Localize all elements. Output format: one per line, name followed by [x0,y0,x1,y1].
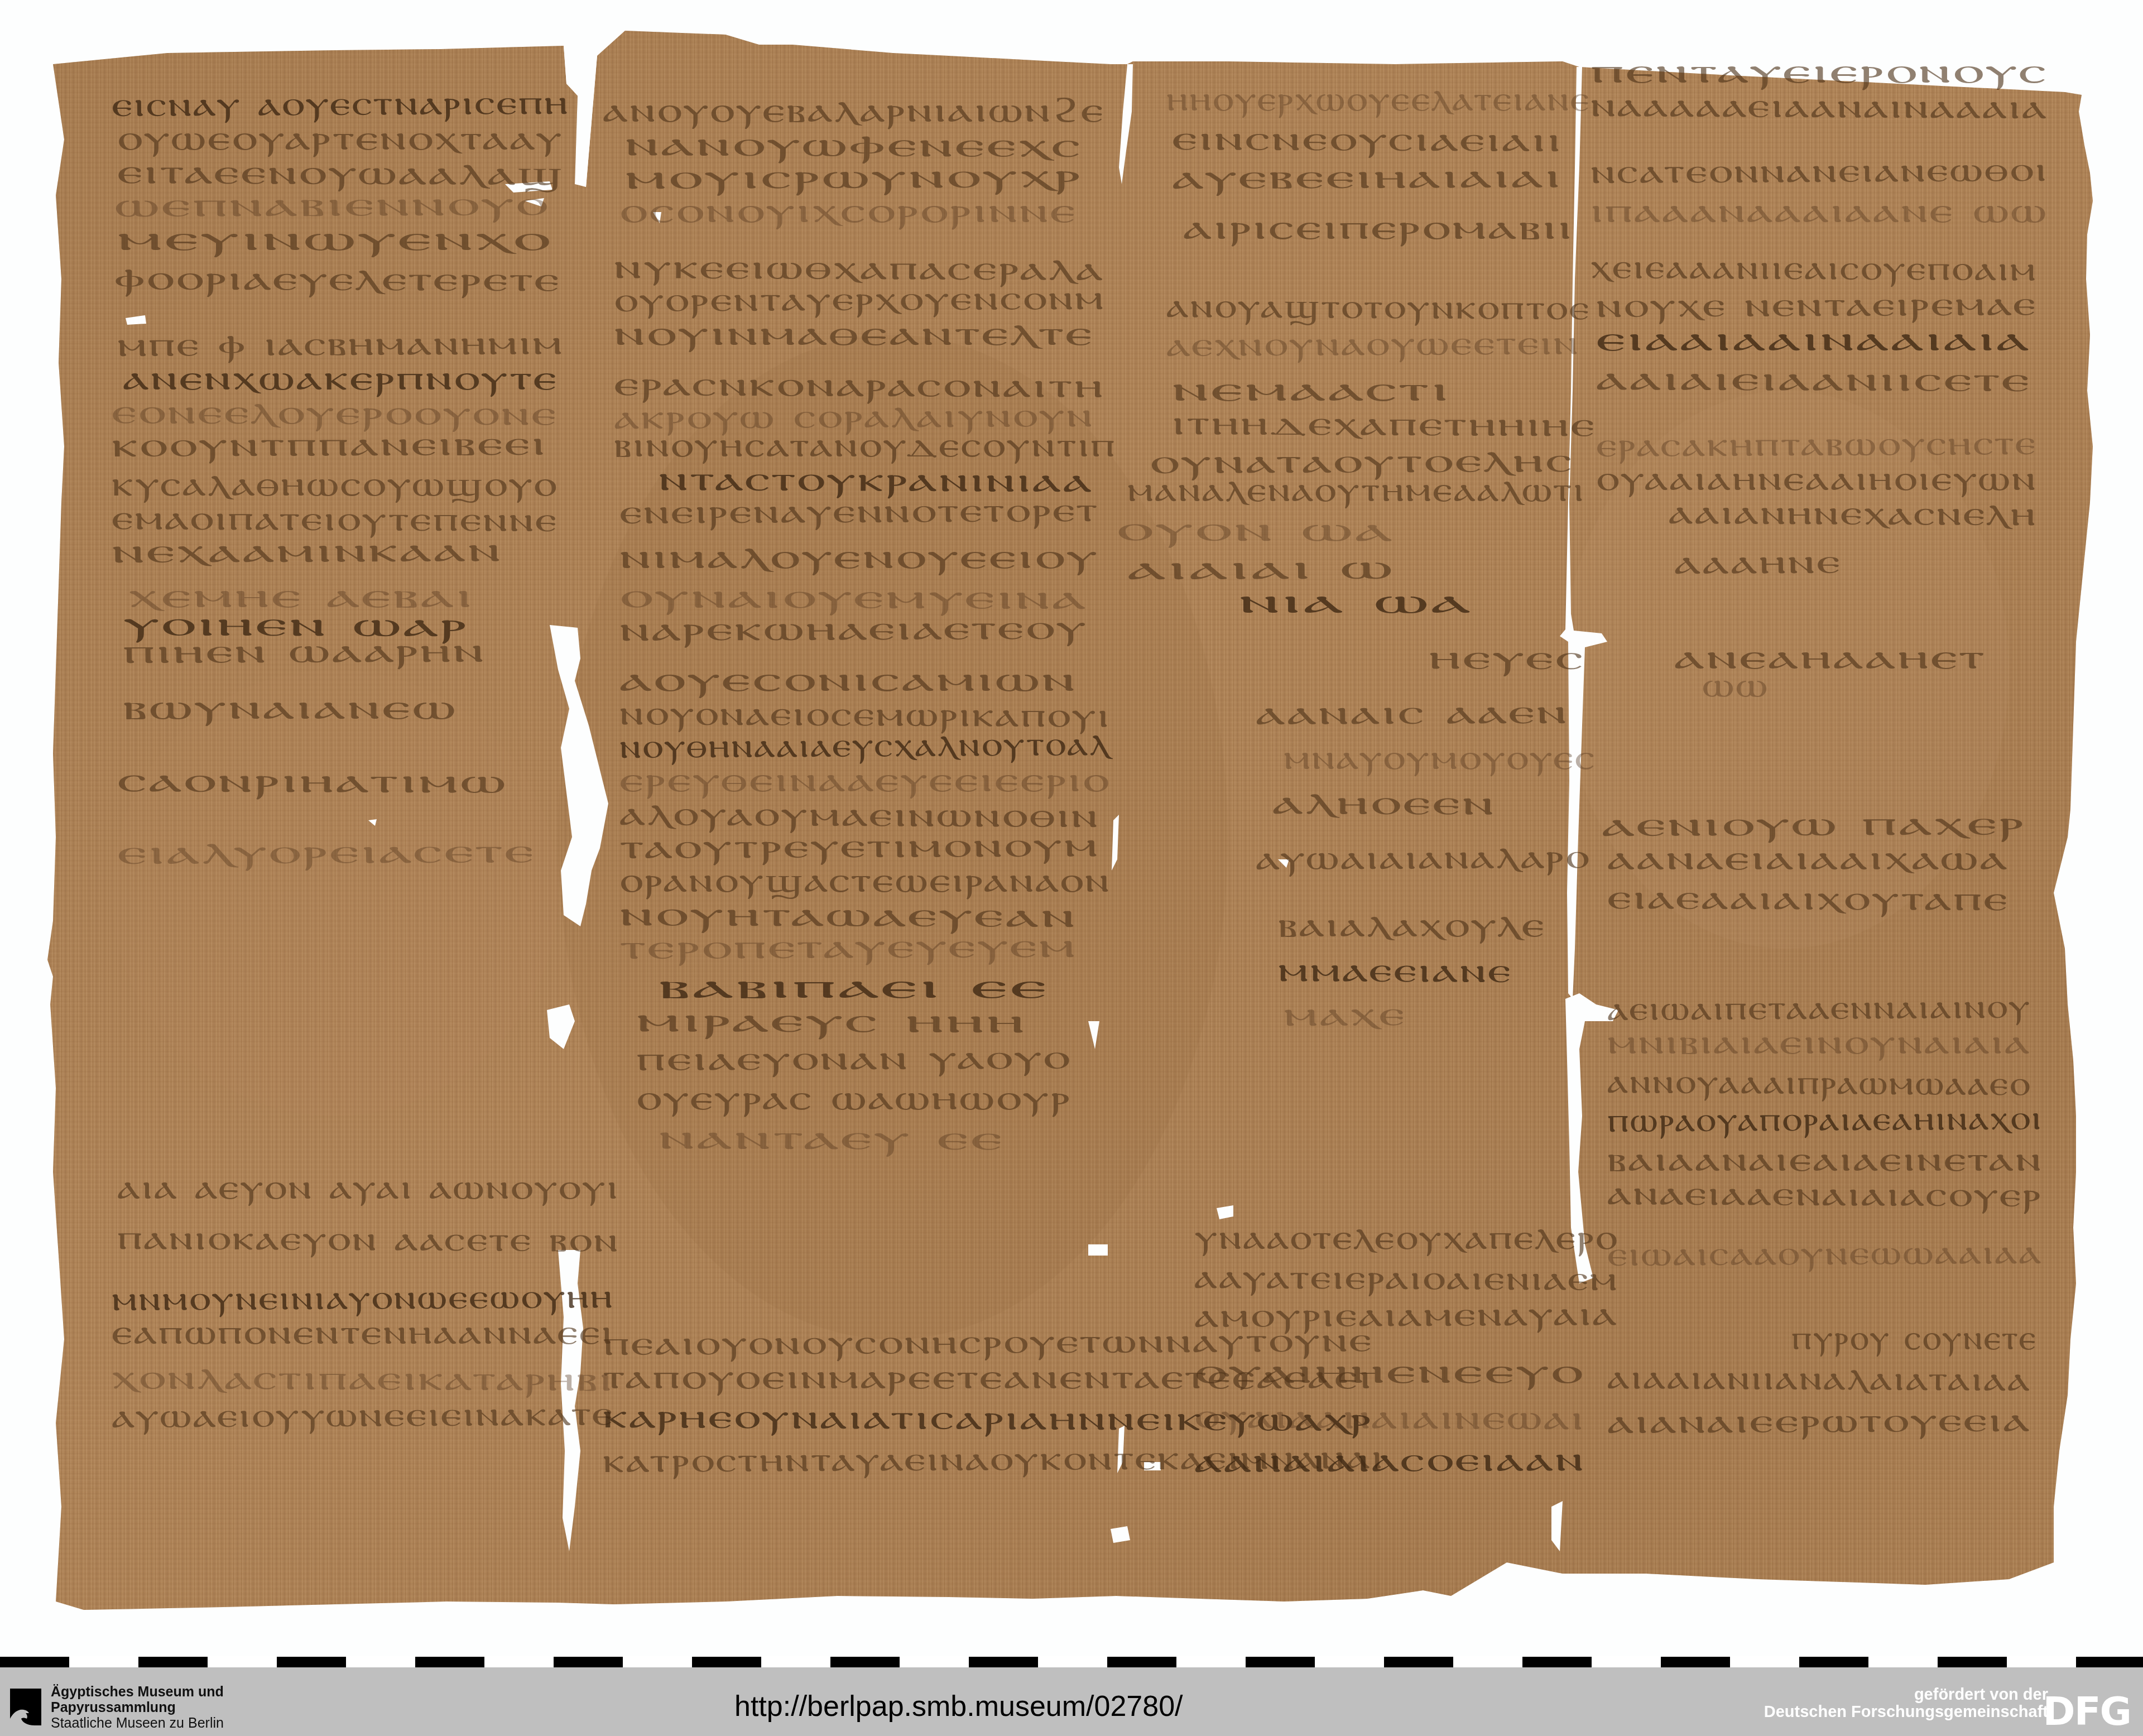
museum-name: Ägyptisches Museum und Papyrussammlung S… [51,1684,224,1731]
scale-bar-segment [1176,1657,1246,1667]
scale-bar-segment [1315,1657,1384,1667]
papyrus-photograph: ⲉⲓⲥⲛⲁⲩ ⲁⲟⲩⲉⲥⲧⲛⲁⲣⲓⲥⲉⲡⲏⲟⲩⲱⲉⲟⲩⲁⲣⲧⲉⲛⲟⲭⲧⲁⲁⲩⲉⲓ… [0,0,2143,1656]
papyrus-sheet [0,0,2143,1656]
scale-bar-segment [1522,1657,1592,1667]
scale-bar-segment [1592,1657,1661,1667]
scale-bar-segment [2076,1657,2143,1667]
scale-bar-segment [2007,1657,2076,1667]
scale-bar-segment [900,1657,969,1667]
scale-bar-segment [415,1657,484,1667]
scale-bar-segment [1938,1657,2007,1667]
scale-bar-segment [1246,1657,1315,1667]
scale-bar-segment [1453,1657,1522,1667]
scale-bar-segment [692,1657,761,1667]
scale-bar-segment [761,1657,830,1667]
scale-bar-segment [830,1657,900,1667]
scale-bar-segment [484,1657,554,1667]
scale-bar [0,1657,2143,1667]
scale-bar-segment [69,1657,138,1667]
museum-name-line-1: Ägyptisches Museum und [51,1684,224,1700]
scale-bar-segment [1868,1657,1938,1667]
funding-line-1: gefördert von der [1764,1686,2048,1704]
scale-bar-segment [1799,1657,1868,1667]
scale-bar-segment [969,1657,1038,1667]
scale-bar-segment [1730,1657,1799,1667]
scale-bar-segment [1107,1657,1176,1667]
funding-credit: gefördert von der Deutschen Forschungsge… [1764,1686,2048,1721]
footer-bar: Ägyptisches Museum und Papyrussammlung S… [0,1667,2143,1736]
scale-bar-segment [0,1657,69,1667]
scale-bar-segment [346,1657,415,1667]
scale-bar-segment [1384,1657,1453,1667]
scale-bar-segment [1038,1657,1107,1667]
scale-bar-segment [277,1657,346,1667]
dfg-logo-icon: DFG [2043,1689,2131,1734]
museum-name-line-2: Papyrussammlung [51,1700,224,1715]
scale-bar-segment [554,1657,623,1667]
catalog-url-link[interactable]: http://berlpap.smb.museum/02780/ [734,1690,1183,1723]
scale-bar-segment [623,1657,692,1667]
museum-name-line-3: Staatliche Museen zu Berlin [51,1715,224,1731]
scale-bar-segment [138,1657,208,1667]
scale-bar-segment [1661,1657,1730,1667]
museum-eagle-logo-icon [10,1687,41,1730]
scale-bar-segment [208,1657,277,1667]
funding-line-2: Deutschen Forschungsgemeinschaft [1764,1704,2048,1721]
